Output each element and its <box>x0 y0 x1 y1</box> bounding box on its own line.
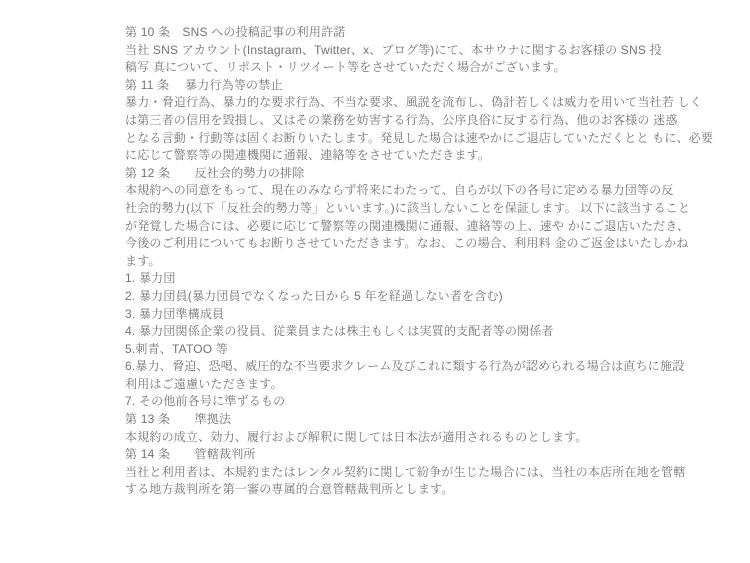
article-10-heading: 第 10 条 SNS への投稿記事の利用許諾 <box>125 24 635 42</box>
article-10-body-line: 当社 SNS アカウント(Instagram、Twitter、x、ブログ等)にて… <box>125 42 635 60</box>
article-10-body-line: 稿写 真について、リポスト・リツイート等をさせていただく場合がございます。 <box>125 59 635 77</box>
article-12-heading: 第 12 条 反社会的勢力の排除 <box>125 165 635 183</box>
list-item-6-continued: 利用はご遠慮いただきます。 <box>125 376 635 394</box>
terms-text-block: 第 10 条 SNS への投稿記事の利用許諾 当社 SNS アカウント(Inst… <box>125 24 635 499</box>
article-11-body-line: となる言動・行動等は固くお断りいたします。発見した場合は速やかにご退店していただ… <box>125 130 635 148</box>
article-12-body-line: 今後のご利用についてもお断りさせていただきます。なお、この場合、利用料 金のご返… <box>125 235 635 253</box>
article-12-body-line: ます。 <box>125 253 635 271</box>
article-11-heading: 第 11 条 暴力行為等の禁止 <box>125 77 635 95</box>
article-12-body-line: 本規約への同意をもって、現在のみならず将来にわたって、自らが以下の各号に定める暴… <box>125 182 635 200</box>
article-13-heading: 第 13 条 準拠法 <box>125 411 635 429</box>
article-11-body-line: は第三者の信用を毀損し、又はその業務を妨害する行為、公序良俗に反する行為、他のお… <box>125 112 635 130</box>
article-14-body-line: 当社と利用者は、本規約またはレンタル契約に関して紛争が生じた場合には、当社の本店… <box>125 464 635 482</box>
article-14-body-line: する地方裁判所を第一審の専属的合意管轄裁判所とします。 <box>125 481 635 499</box>
list-item-1: 1. 暴力団 <box>125 270 635 288</box>
article-13-body-line: 本規約の成立、効力、履行および解釈に関しては日本法が適用されるものとします。 <box>125 429 635 447</box>
terms-document-page: 第 10 条 SNS への投稿記事の利用許諾 当社 SNS アカウント(Inst… <box>0 0 750 563</box>
list-item-5: 5.刺青、TATOO 等 <box>125 341 635 359</box>
article-11-body-line: 暴力・脅迫行為、暴力的な要求行為、不当な要求、風説を流布し、偽計若しくは威力を用… <box>125 94 635 112</box>
list-item-3: 3. 暴力団準構成員 <box>125 306 635 324</box>
list-item-4: 4. 暴力団関係企業の役員、従業員または株主もしくは実質的支配者等の関係者 <box>125 323 635 341</box>
list-item-7: 7. その他前各号に準ずるもの <box>125 393 635 411</box>
article-12-body-line: が発覚した場合には、必要に応じて警察等の関連機関に通報、連絡等の上、速や かにご… <box>125 218 635 236</box>
list-item-2: 2. 暴力団員(暴力団員でなくなった日から 5 年を経過しない者を含む) <box>125 288 635 306</box>
article-14-heading: 第 14 条 管轄裁判所 <box>125 446 635 464</box>
article-11-body-line: に応じて警察等の関連機関に通報、連絡等をさせていただきます。 <box>125 147 635 165</box>
list-item-6: 6.暴力、脅迫、恐喝、威圧的な不当要求クレーム及びこれに類する行為が認められる場… <box>125 358 635 376</box>
article-12-body-line: 社会的勢力(以下「反社会的勢力等」といいます。)に該当しないことを保証します。 … <box>125 200 635 218</box>
